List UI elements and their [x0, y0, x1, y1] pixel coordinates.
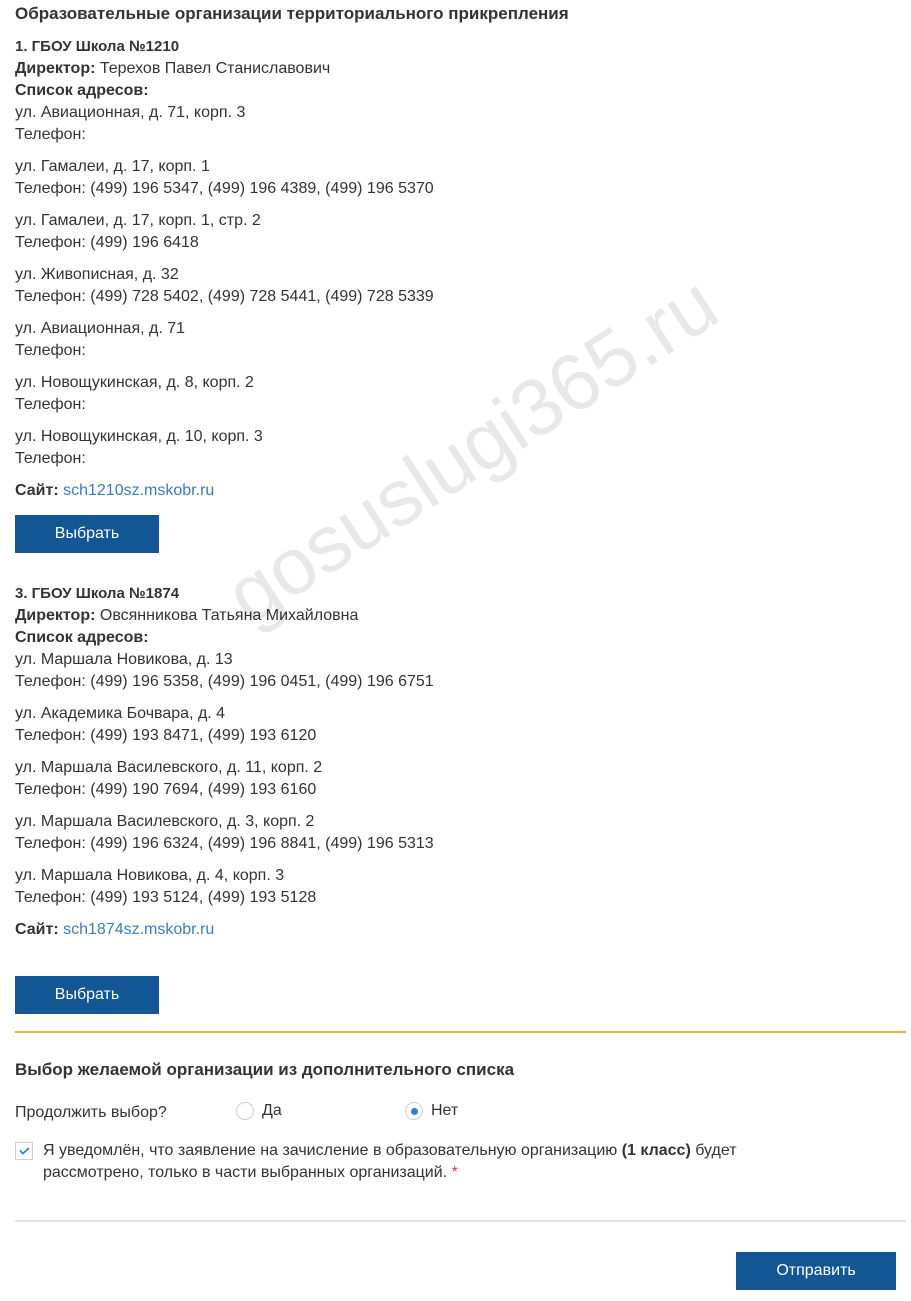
radio-yes[interactable]: Да	[236, 1102, 282, 1120]
address-text: ул. Маршала Василевского, д. 11, корп. 2	[15, 757, 895, 779]
phone-numbers: (499) 196 6324, (499) 196 8841, (499) 19…	[90, 835, 433, 852]
required-mark: *	[452, 1164, 458, 1181]
radio-no-label: Нет	[431, 1102, 458, 1120]
director-label: Директор:	[15, 607, 95, 624]
phone-label: Телефон:	[15, 126, 86, 143]
consent-checkbox[interactable]	[15, 1142, 33, 1160]
address-text: ул. Гамалеи, д. 17, корп. 1, стр. 2	[15, 210, 895, 232]
select-button[interactable]: Выбрать	[15, 976, 159, 1014]
address-text: ул. Маршала Василевского, д. 3, корп. 2	[15, 811, 895, 833]
address-item: ул. Маршала Василевского, д. 11, корп. 2…	[15, 757, 895, 801]
additional-section-title: Выбор желаемой организации из дополнител…	[15, 1060, 514, 1080]
consent-text: Я уведомлён, что заявление на зачисление…	[43, 1140, 803, 1184]
phone-numbers: (499) 196 5347, (499) 196 4389, (499) 19…	[90, 180, 433, 197]
phone-label: Телефон:	[15, 727, 86, 744]
footer-divider	[15, 1220, 906, 1222]
address-list: ул. Авиационная, д. 71, корп. 3Телефон: …	[15, 102, 895, 470]
organization-card: 3. ГБОУ Школа №1874 Директор: Овсянников…	[15, 583, 895, 1014]
consent-text-bold: (1 класс)	[622, 1142, 691, 1159]
phone-label: Телефон:	[15, 835, 86, 852]
address-text: ул. Живописная, д. 32	[15, 264, 895, 286]
director-label: Директор:	[15, 60, 95, 77]
address-phone: Телефон:	[15, 448, 895, 470]
address-list: ул. Маршала Новикова, д. 13Телефон: (499…	[15, 649, 895, 909]
phone-label: Телефон:	[15, 450, 86, 467]
address-text: ул. Маршала Новикова, д. 4, корп. 3	[15, 865, 895, 887]
address-item: ул. Авиационная, д. 71, корп. 3Телефон:	[15, 102, 895, 146]
phone-label: Телефон:	[15, 342, 86, 359]
address-text: ул. Гамалеи, д. 17, корп. 1	[15, 156, 895, 178]
phone-label: Телефон:	[15, 781, 86, 798]
radio-circle-icon[interactable]	[405, 1102, 423, 1120]
section-divider	[15, 1031, 906, 1033]
address-phone: Телефон: (499) 196 6324, (499) 196 8841,…	[15, 833, 895, 855]
organization-card: 1. ГБОУ Школа №1210 Директор: Терехов Па…	[15, 36, 895, 553]
site-link[interactable]: sch1874sz.mskobr.ru	[63, 921, 214, 938]
address-phone: Телефон: (499) 196 5347, (499) 196 4389,…	[15, 178, 895, 200]
director-name: Овсянникова Татьяна Михайловна	[100, 607, 358, 624]
address-item: ул. Гамалеи, д. 17, корп. 1Телефон: (499…	[15, 156, 895, 200]
org-name: 3. ГБОУ Школа №1874	[15, 583, 895, 605]
address-text: ул. Академика Бочвара, д. 4	[15, 703, 895, 725]
site-row: Сайт: sch1874sz.mskobr.ru	[15, 919, 895, 941]
address-item: ул. Гамалеи, д. 17, корп. 1, стр. 2Телеф…	[15, 210, 895, 254]
site-row: Сайт: sch1210sz.mskobr.ru	[15, 480, 895, 502]
address-item: ул. Авиационная, д. 71Телефон:	[15, 318, 895, 362]
phone-label: Телефон:	[15, 889, 86, 906]
director-name: Терехов Павел Станиславович	[100, 60, 330, 77]
consent-text-part: Я уведомлён, что заявление на зачисление…	[43, 1142, 622, 1159]
address-phone: Телефон: (499) 190 7694, (499) 193 6160	[15, 779, 895, 801]
address-phone: Телефон: (499) 193 5124, (499) 193 5128	[15, 887, 895, 909]
checkmark-icon	[19, 1147, 30, 1155]
phone-label: Телефон:	[15, 234, 86, 251]
address-item: ул. Маршала Василевского, д. 3, корп. 2Т…	[15, 811, 895, 855]
address-phone: Телефон:	[15, 340, 895, 362]
address-phone: Телефон: (499) 196 5358, (499) 196 0451,…	[15, 671, 895, 693]
address-phone: Телефон:	[15, 124, 895, 146]
address-item: ул. Новощукинская, д. 10, корп. 3Телефон…	[15, 426, 895, 470]
address-phone: Телефон: (499) 728 5402, (499) 728 5441,…	[15, 286, 895, 308]
phone-numbers: (499) 190 7694, (499) 193 6160	[90, 781, 316, 798]
address-item: ул. Живописная, д. 32Телефон: (499) 728 …	[15, 264, 895, 308]
address-item: ул. Новощукинская, д. 8, корп. 2Телефон:	[15, 372, 895, 416]
continue-choice-row: Продолжить выбор? Да Нет	[15, 1102, 906, 1126]
address-phone: Телефон: (499) 193 8471, (499) 193 6120	[15, 725, 895, 747]
phone-numbers: (499) 193 5124, (499) 193 5128	[90, 889, 316, 906]
address-item: ул. Маршала Новикова, д. 4, корп. 3Телеф…	[15, 865, 895, 909]
continue-choice-label: Продолжить выбор?	[15, 1104, 167, 1122]
section-title: Образовательные организации территориаль…	[15, 4, 569, 24]
address-item: ул. Академика Бочвара, д. 4Телефон: (499…	[15, 703, 895, 747]
address-text: ул. Новощукинская, д. 10, корп. 3	[15, 426, 895, 448]
select-button[interactable]: Выбрать	[15, 515, 159, 553]
addresses-label: Список адресов:	[15, 80, 895, 102]
address-item: ул. Маршала Новикова, д. 13Телефон: (499…	[15, 649, 895, 693]
address-phone: Телефон: (499) 196 6418	[15, 232, 895, 254]
phone-numbers: (499) 196 6418	[90, 234, 199, 251]
org-name: 1. ГБОУ Школа №1210	[15, 36, 895, 58]
phone-numbers: (499) 728 5402, (499) 728 5441, (499) 72…	[90, 288, 433, 305]
phone-numbers: (499) 193 8471, (499) 193 6120	[90, 727, 316, 744]
phone-label: Телефон:	[15, 180, 86, 197]
address-text: ул. Новощукинская, д. 8, корп. 2	[15, 372, 895, 394]
address-text: ул. Маршала Новикова, д. 13	[15, 649, 895, 671]
radio-no[interactable]: Нет	[405, 1102, 458, 1120]
address-phone: Телефон:	[15, 394, 895, 416]
site-link[interactable]: sch1210sz.mskobr.ru	[63, 482, 214, 499]
addresses-label: Список адресов:	[15, 627, 895, 649]
phone-label: Телефон:	[15, 288, 86, 305]
address-text: ул. Авиационная, д. 71	[15, 318, 895, 340]
phone-numbers: (499) 196 5358, (499) 196 0451, (499) 19…	[90, 673, 433, 690]
phone-label: Телефон:	[15, 396, 86, 413]
submit-button[interactable]: Отправить	[736, 1252, 896, 1290]
radio-yes-label: Да	[262, 1102, 282, 1120]
site-label: Сайт:	[15, 482, 59, 499]
site-label: Сайт:	[15, 921, 59, 938]
phone-label: Телефон:	[15, 673, 86, 690]
radio-circle-icon[interactable]	[236, 1102, 254, 1120]
address-text: ул. Авиационная, д. 71, корп. 3	[15, 102, 895, 124]
